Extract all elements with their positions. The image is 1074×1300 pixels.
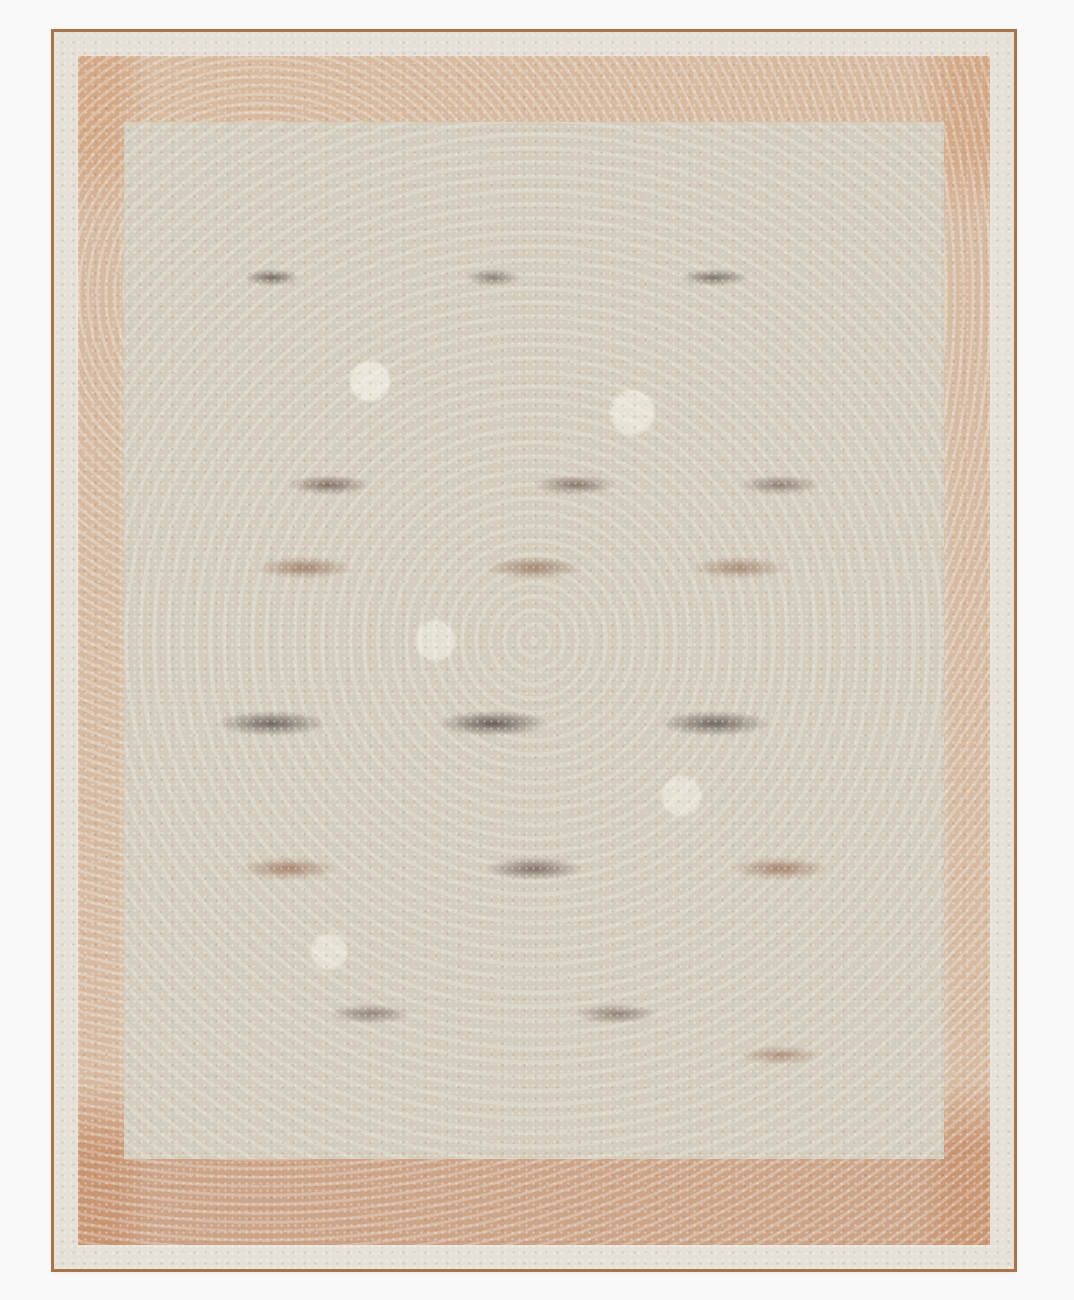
area-rug [51, 29, 1017, 1272]
rug-center-field [124, 122, 944, 1159]
product-photo-stage [0, 0, 1074, 1300]
